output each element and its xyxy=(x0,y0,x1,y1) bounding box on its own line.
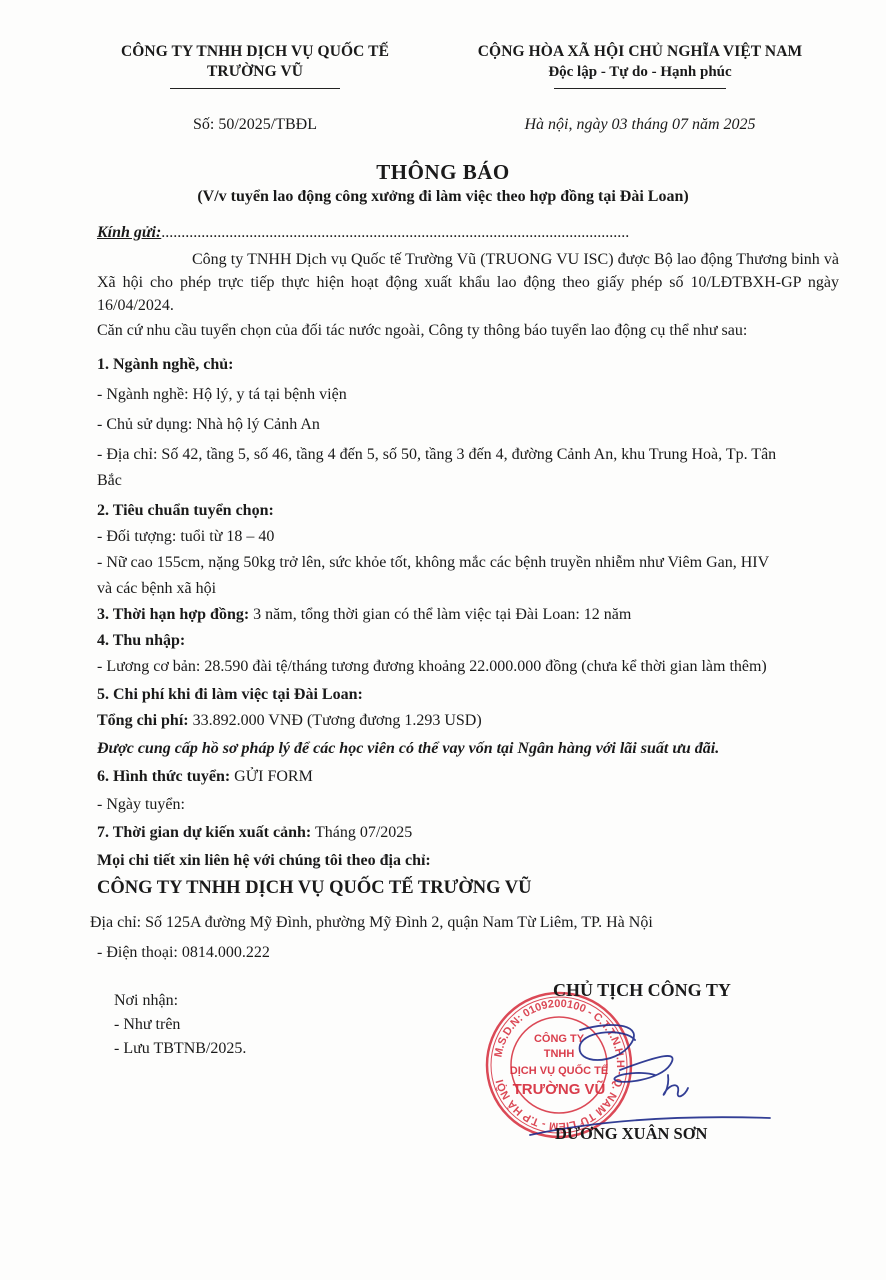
section-3-value: 3 năm, tổng thời gian có thể làm việc tạ… xyxy=(249,606,631,623)
contact-phone: - Điện thoại: 0814.000.222 xyxy=(97,944,270,962)
section-1-item: - Địa chỉ: Số 42, tầng 5, số 46, tầng 4 … xyxy=(97,446,776,464)
issuer-block: CÔNG TY TNHH DỊCH VỤ QUỐC TẾ TRƯỜNG VŨ xyxy=(80,42,430,89)
section-2-heading: 2. Tiêu chuẩn tuyển chọn: xyxy=(97,502,274,519)
total-cost: Tổng chi phí: 33.892.000 VNĐ (Tương đươn… xyxy=(97,712,482,730)
recipient-item: - Như trên xyxy=(114,1016,180,1034)
section-6: 6. Hình thức tuyển: GỬI FORM xyxy=(97,768,313,786)
nation-name: CỘNG HÒA XÃ HỘI CHỦ NGHĨA VIỆT NAM xyxy=(440,42,840,62)
total-cost-value: 33.892.000 VNĐ (Tương đương 1.293 USD) xyxy=(189,712,482,729)
section-6-value: GỬI FORM xyxy=(230,768,313,785)
section-2-item: - Nữ cao 155cm, nặng 50kg trở lên, sức k… xyxy=(97,554,769,572)
section-2-item: và các bệnh xã hội xyxy=(97,580,216,598)
section-1-heading: 1. Ngành nghề, chủ: xyxy=(97,356,233,373)
contact-company: CÔNG TY TNHH DỊCH VỤ QUỐC TẾ TRƯỜNG VŨ xyxy=(97,878,531,899)
national-motto: Độc lập - Tự do - Hạnh phúc xyxy=(440,62,840,82)
signer-title: CHỦ TỊCH CÔNG TY xyxy=(553,980,731,1001)
loan-note: Được cung cấp hồ sơ pháp lý để các học v… xyxy=(97,740,719,758)
place-date: Hà nội, ngày 03 tháng 07 năm 2025 xyxy=(440,116,840,134)
section-7: 7. Thời gian dự kiến xuất cảnh: Tháng 07… xyxy=(97,824,412,842)
document-subtitle: (V/v tuyển lao động công xưởng đi làm vi… xyxy=(0,188,886,206)
issuer-divider xyxy=(170,88,340,89)
salutation-dots: ........................................… xyxy=(161,224,629,241)
document-title: THÔNG BÁO xyxy=(0,160,886,185)
contact-address: Địa chỉ: Số 125A đường Mỹ Đình, phường M… xyxy=(90,914,653,932)
intro-paragraph: Công ty TNHH Dịch vụ Quốc tế Trường Vũ (… xyxy=(97,248,839,317)
section-1-item: Bắc xyxy=(97,472,122,490)
total-cost-label: Tổng chi phí: xyxy=(97,712,189,729)
salutation: Kính gửi:...............................… xyxy=(97,224,629,242)
section-1-item: - Ngành nghề: Hộ lý, y tá tại bệnh viện xyxy=(97,386,347,404)
section-3: 3. Thời hạn hợp đồng: 3 năm, tổng thời g… xyxy=(97,606,631,624)
signer-name: DƯƠNG XUÂN SƠN xyxy=(555,1124,707,1144)
section-3-label: 3. Thời hạn hợp đồng: xyxy=(97,606,249,623)
recipients-label: Nơi nhận: xyxy=(114,992,178,1010)
contact-intro: Mọi chi tiết xin liên hệ với chúng tôi t… xyxy=(97,852,431,869)
salutation-label: Kính gửi: xyxy=(97,224,161,241)
section-5-heading: 5. Chi phí khi đi làm việc tại Đài Loan: xyxy=(97,686,363,703)
section-6-item: - Ngày tuyển: xyxy=(97,796,185,814)
section-2-item: - Đối tượng: tuổi từ 18 – 40 xyxy=(97,528,274,546)
section-7-label: 7. Thời gian dự kiến xuất cảnh: xyxy=(97,824,311,841)
recipient-item: - Lưu TBTNB/2025. xyxy=(114,1040,246,1058)
issuer-name-line2: TRƯỜNG VŨ xyxy=(80,62,430,82)
signature-scribble xyxy=(520,1020,780,1140)
section-6-label: 6. Hình thức tuyển: xyxy=(97,768,230,785)
motto-divider xyxy=(554,88,726,89)
section-4-item: - Lương cơ bản: 28.590 đài tệ/tháng tươn… xyxy=(97,658,767,676)
section-1-item: - Chủ sử dụng: Nhà hộ lý Cảnh An xyxy=(97,416,320,434)
section-7-value: Tháng 07/2025 xyxy=(311,824,412,841)
issuer-name-line1: CÔNG TY TNHH DỊCH VỤ QUỐC TẾ xyxy=(80,42,430,62)
document-number: Số: 50/2025/TBĐL xyxy=(80,116,430,134)
section-4-heading: 4. Thu nhập: xyxy=(97,632,185,649)
basis-text: Căn cứ nhu cầu tuyển chọn của đối tác nư… xyxy=(97,322,747,340)
national-header: CỘNG HÒA XÃ HỘI CHỦ NGHĨA VIỆT NAM Độc l… xyxy=(440,42,840,89)
